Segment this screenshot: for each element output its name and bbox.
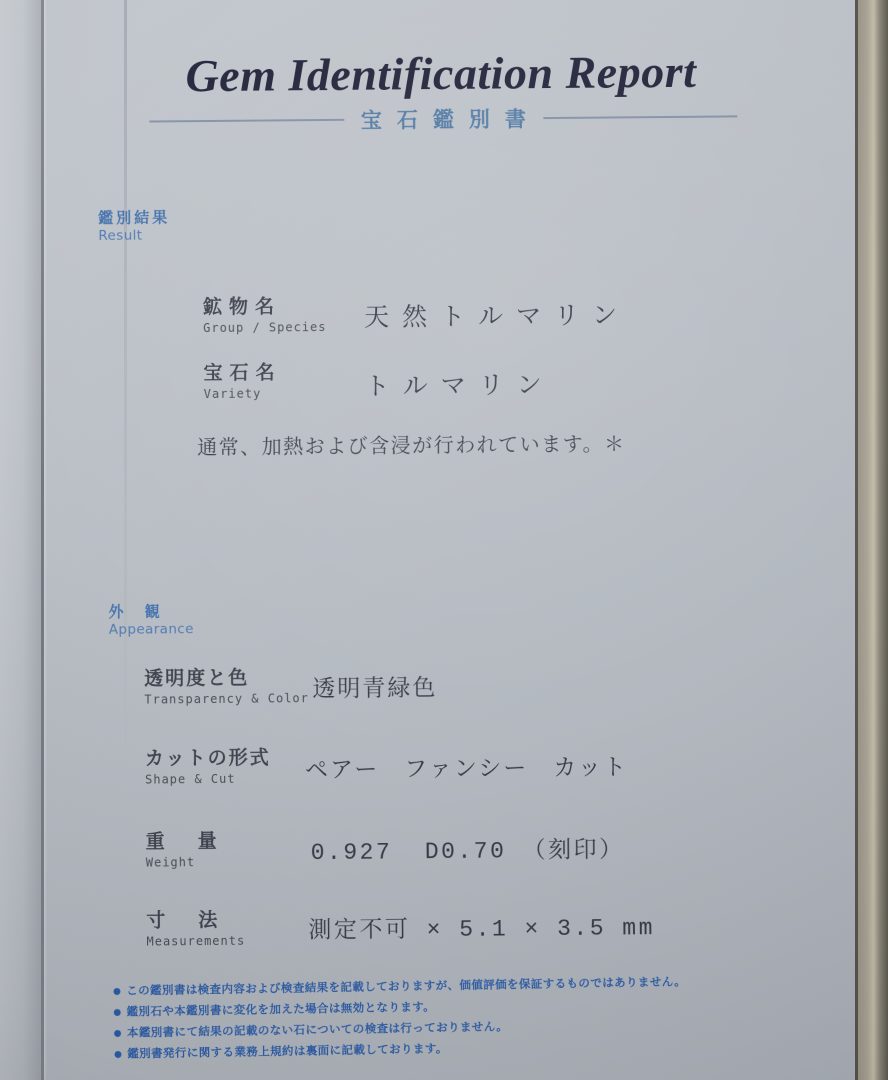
certificate-photo: Gem Identification Report 宝石鑑別書 鑑別結果 Res… xyxy=(0,0,888,1080)
field-label-jp: 鉱物名 xyxy=(203,297,327,317)
subtitle-rule-left xyxy=(149,119,344,123)
appearance-label-en: Appearance xyxy=(109,621,194,639)
field-label-jp: 寸 法 xyxy=(146,911,245,931)
field-label-en: Variety xyxy=(204,387,282,400)
report-title: Gem Identification Report xyxy=(38,43,844,103)
field-label-en: Group / Species xyxy=(203,321,326,334)
result-label-jp: 鑑別結果 xyxy=(98,208,170,227)
field-label-en: Transparency & Color xyxy=(144,692,309,705)
field-label-jp: カットの形式 xyxy=(145,748,271,768)
field-shape-cut-value: ペアー ファンシー カット xyxy=(305,748,628,784)
appearance-section-header: 外 観 Appearance xyxy=(109,602,194,638)
footnote-list: ● この鑑別書は検査内容および検査結果を記載しておりますが、価値評価を保証するも… xyxy=(113,971,794,1066)
treatment-comment: 通常、加熱および含浸が行われています。＊ xyxy=(197,427,626,460)
appearance-label-jp: 外 観 xyxy=(109,602,194,621)
field-label-jp: 透明度と色 xyxy=(144,668,309,688)
result-label-en: Result xyxy=(98,227,170,245)
field-measurements-value: 測定不可 × 5.1 × 3.5 mm xyxy=(308,908,655,944)
report-subtitle: 宝石鑑別書 xyxy=(149,101,737,136)
case-right-edge xyxy=(855,0,888,1080)
bullet-icon: ● xyxy=(114,1025,123,1044)
field-label-jp: 宝石名 xyxy=(203,363,281,383)
field-weight-value: 0.927 D0.70 （刻印） xyxy=(311,830,625,866)
field-weight-label: 重 量 Weight xyxy=(146,832,224,869)
report-subtitle-jp: 宝石鑑別書 xyxy=(344,103,543,135)
field-label-en: Shape & Cut xyxy=(145,772,271,785)
footnote-text: 鑑別書発行に関する業務上規約は裏面に記載しております。 xyxy=(127,1039,448,1063)
result-section-header: 鑑別結果 Result xyxy=(98,208,170,244)
certificate-page: Gem Identification Report 宝石鑑別書 鑑別結果 Res… xyxy=(0,0,888,1080)
field-label-en: Measurements xyxy=(146,935,245,948)
field-transparency-color-label: 透明度と色 Transparency & Color xyxy=(144,668,309,705)
field-group-species-value: 天然トルマリン xyxy=(364,295,630,333)
field-shape-cut-label: カットの形式 Shape & Cut xyxy=(145,748,271,785)
field-transparency-color-value: 透明青緑色 xyxy=(312,669,437,703)
footnote-text: 鑑別石や本鑑別書に変化を加えた場合は無効となります。 xyxy=(126,998,435,1022)
field-variety-value: トルマリン xyxy=(364,365,554,403)
bullet-icon: ● xyxy=(114,1046,123,1065)
bullet-icon: ● xyxy=(113,983,122,1002)
subtitle-rule-right xyxy=(543,115,738,119)
field-variety-label: 宝石名 Variety xyxy=(203,363,281,400)
field-label-jp: 重 量 xyxy=(146,832,224,852)
bullet-icon: ● xyxy=(113,1004,122,1023)
field-measurements-label: 寸 法 Measurements xyxy=(146,911,245,948)
field-label-en: Weight xyxy=(146,856,224,869)
field-group-species-label: 鉱物名 Group / Species xyxy=(203,297,327,334)
